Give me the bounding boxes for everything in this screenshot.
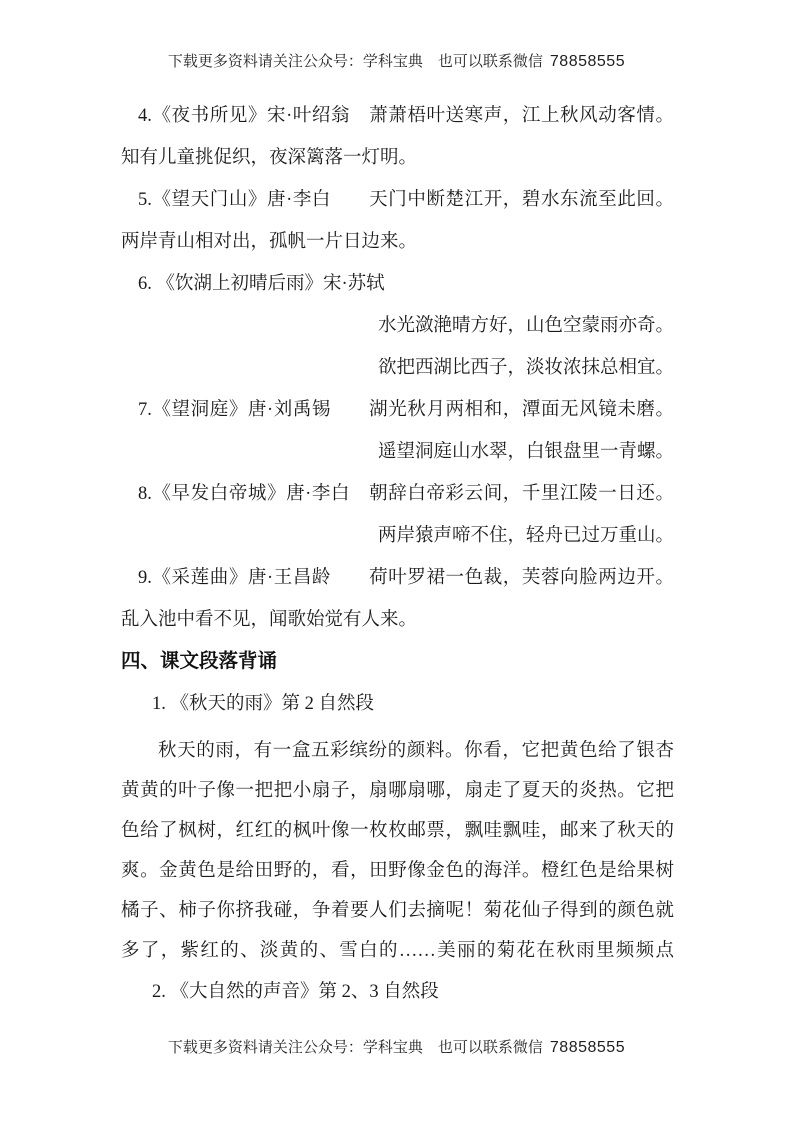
paragraph-line: 爽。金黄色是给田野的，看，田野像金色的海洋。橙红色是给果树的， [121, 851, 674, 891]
content-area: 4.《夜书所见》宋·叶绍翁 萧萧梧叶送寒声，江上秋风动客情。 知有儿童挑促织，夜… [121, 95, 674, 1013]
poem-7-line-2: 遥望洞庭山水翠，白银盘里一青螺。 [121, 431, 674, 473]
paragraph-line: 橘子、柿子你挤我碰，争着要人们去摘呢！菊花仙子得到的颜色就更 [121, 891, 674, 931]
poem-5-line-2: 两岸青山相对出，孤帆一片日边来。 [121, 221, 674, 263]
paragraph-line: 秋天的雨，有一盒五彩缤纷的颜料。你看，它把黄色给了银杏树， [121, 731, 674, 771]
poem-9-line-2: 乱入池中看不见，闻歌始觉有人来。 [121, 599, 674, 641]
paragraph-line: 黄黄的叶子像一把把小扇子，扇哪扇哪，扇走了夏天的炎热。它把红 [121, 771, 674, 811]
poem-6-line-2: 水光潋滟晴方好，山色空蒙雨亦奇。 [121, 305, 674, 347]
header-label: 下载更多资料请关注公众号：学科宝典 也可以联系微信 [168, 54, 543, 70]
poem-6-title-line: 6. 《饮湖上初晴后雨》宋·苏轼 [121, 263, 674, 305]
passage-1-title: 1. 《秋天的雨》第 2 自然段 [121, 683, 674, 725]
paragraph-line: 多了，紫红的、淡黄的、雪白的……美丽的菊花在秋雨里频频点头。 [121, 931, 674, 971]
passage-2-title: 2. 《大自然的声音》第 2、3 自然段 [121, 971, 674, 1013]
footer-label: 下载更多资料请关注公众号：学科宝典 也可以联系微信 [168, 1040, 543, 1056]
section-heading: 四、课文段落背诵 [121, 641, 674, 683]
poem-6-line-3: 欲把西湖比西子，淡妆浓抹总相宜。 [121, 347, 674, 389]
header-wechat-number: 78858555 [550, 53, 625, 70]
poem-8-line-2: 两岸猿声啼不住，轻舟已过万重山。 [121, 515, 674, 557]
poem-7-title-line: 7.《望洞庭》唐·刘禹锡 湖光秋月两相和，潭面无风镜未磨。 [121, 389, 674, 431]
poem-list: 4.《夜书所见》宋·叶绍翁 萧萧梧叶送寒声，江上秋风动客情。 知有儿童挑促织，夜… [121, 95, 674, 641]
poem-4-line-2: 知有儿童挑促织，夜深篱落一灯明。 [121, 137, 674, 179]
page-header-note: 下载更多资料请关注公众号：学科宝典 也可以联系微信78858555 [0, 52, 793, 72]
poem-8-title-line: 8.《早发白帝城》唐·李白 朝辞白帝彩云间，千里江陵一日还。 [121, 473, 674, 515]
poem-4-title-line: 4.《夜书所见》宋·叶绍翁 萧萧梧叶送寒声，江上秋风动客情。 [121, 95, 674, 137]
document-page: 下载更多资料请关注公众号：学科宝典 也可以联系微信78858555 4.《夜书所… [0, 0, 793, 1122]
page-footer-note: 下载更多资料请关注公众号：学科宝典 也可以联系微信78858555 [0, 1038, 793, 1058]
paragraph-line: 色给了枫树，红红的枫叶像一枚枚邮票，飘哇飘哇，邮来了秋天的凉 [121, 811, 674, 851]
poem-9-title-line: 9.《采莲曲》唐·王昌龄 荷叶罗裙一色裁，芙蓉向脸两边开。 [121, 557, 674, 599]
footer-wechat-number: 78858555 [550, 1039, 625, 1056]
passage-1-paragraph: 秋天的雨，有一盒五彩缤纷的颜料。你看，它把黄色给了银杏树， 黄黄的叶子像一把把小… [121, 731, 674, 971]
poem-5-title-line: 5.《望天门山》唐·李白 天门中断楚江开，碧水东流至此回。 [121, 179, 674, 221]
